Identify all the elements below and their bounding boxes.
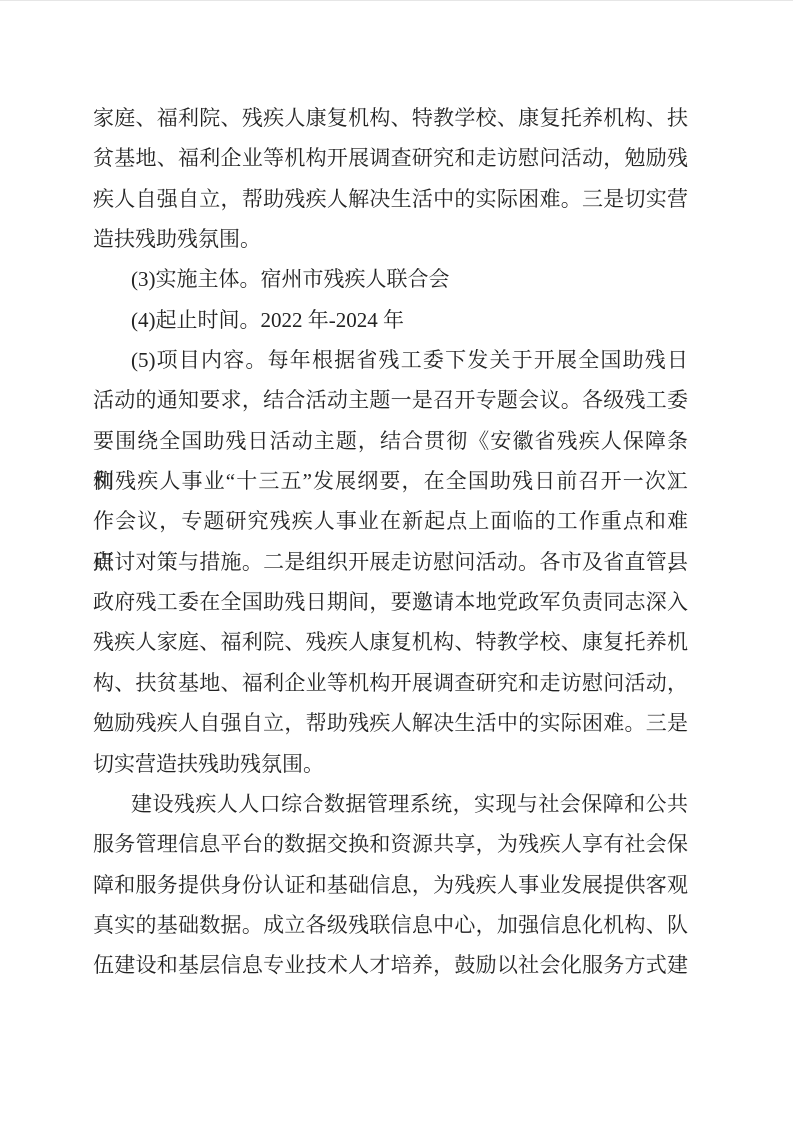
text-line: 政府残工委在全国助残日期间，要邀请本地党政军负责同志深入 [93, 582, 688, 622]
text-line: 和残疾人事业“十三五”发展纲要，在全国助残日前召开一次工 [93, 461, 688, 501]
document-page: 家庭、福利院、残疾人康复机构、特教学校、康复托养机构、扶 贫基地、福利企业等机构… [0, 0, 793, 1122]
text-line: 伍建设和基层信息专业技术人才培养，鼓励以社会化服务方式建 [93, 945, 688, 985]
text-line: 作会议，专题研究残疾人事业在新起点上面临的工作重点和难点， [93, 501, 688, 541]
text-line: 残疾人家庭、福利院、残疾人康复机构、特教学校、康复托养机 [93, 622, 688, 662]
text-line: (4)起止时间。2022 年-2024 年 [93, 300, 688, 340]
text-line: 活动的通知要求，结合活动主题一是召开专题会议。各级残工委 [93, 380, 688, 420]
paragraph-data-system: 建设残疾人人口综合数据管理系统，实现与社会保障和公共 服务管理信息平台的数据交换… [93, 784, 688, 986]
text-line: 构、扶贫基地、福利企业等机构开展调查研究和走访慰问活动， [93, 663, 688, 703]
text-line: 要围绕全国助残日活动主题，结合贯彻《安徽省残疾人保障条例》 [93, 421, 688, 461]
text-line: 真实的基础数据。成立各级残联信息中心，加强信息化机构、队 [93, 905, 688, 945]
text-line: 家庭、福利院、残疾人康复机构、特教学校、康复托养机构、扶 [93, 98, 688, 138]
document-text: 家庭、福利院、残疾人康复机构、特教学校、康复托养机构、扶 贫基地、福利企业等机构… [93, 98, 688, 986]
paragraph-continuation: 家庭、福利院、残疾人康复机构、特教学校、康复托养机构、扶 贫基地、福利企业等机构… [93, 98, 688, 259]
text-line: 勉励残疾人自强自立，帮助残疾人解决生活中的实际困难。三是 [93, 703, 688, 743]
paragraph-item-4: (4)起止时间。2022 年-2024 年 [93, 300, 688, 340]
text-line: (3)实施主体。宿州市残疾人联合会 [93, 259, 688, 299]
text-line: 研讨对策与措施。二是组织开展走访慰问活动。各市及省直管县 [93, 542, 688, 582]
paragraph-item-3: (3)实施主体。宿州市残疾人联合会 [93, 259, 688, 299]
text-line: 贫基地、福利企业等机构开展调查研究和走访慰问活动，勉励残 [93, 138, 688, 178]
text-line: 障和服务提供身份认证和基础信息，为残疾人事业发展提供客观 [93, 865, 688, 905]
text-line: 切实营造扶残助残氛围。 [93, 744, 688, 784]
text-line: 疾人自强自立，帮助残疾人解决生活中的实际困难。三是切实营 [93, 179, 688, 219]
paragraph-item-5: (5)项目内容。每年根据省残工委下发关于开展全国助残日 活动的通知要求，结合活动… [93, 340, 688, 784]
text-line: 造扶残助残氛围。 [93, 219, 688, 259]
text-line: (5)项目内容。每年根据省残工委下发关于开展全国助残日 [93, 340, 688, 380]
text-line: 服务管理信息平台的数据交换和资源共享，为残疾人享有社会保 [93, 824, 688, 864]
text-line: 建设残疾人人口综合数据管理系统，实现与社会保障和公共 [93, 784, 688, 824]
